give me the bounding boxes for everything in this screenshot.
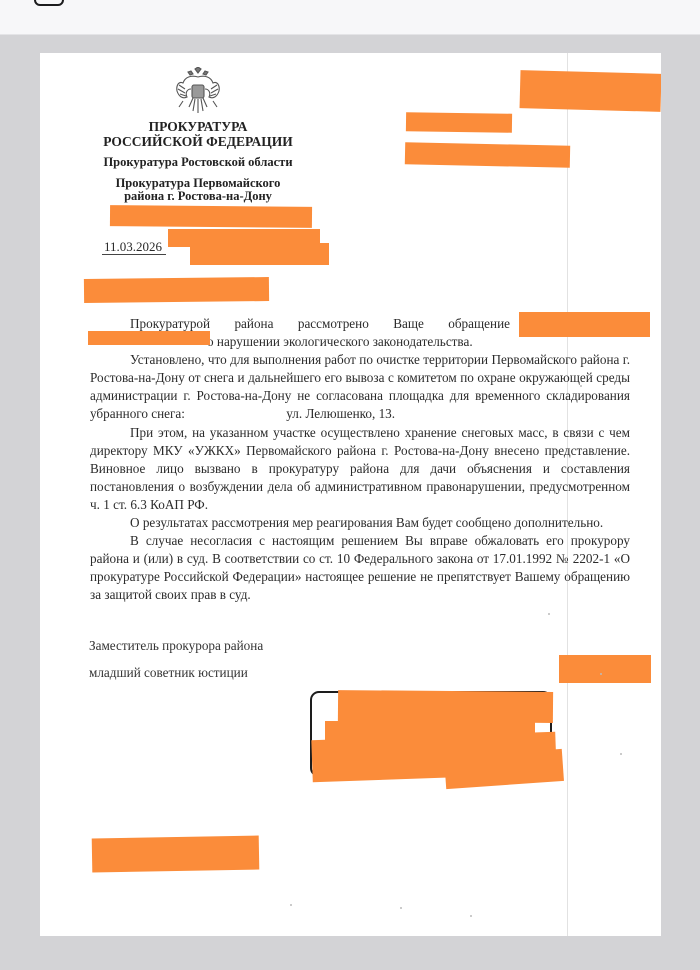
address: ул. Лелюшенко, 13. [286, 406, 395, 421]
paragraph-2: Установлено, что для выполнения работ по… [90, 351, 630, 423]
letter-body: Прокуратурой района рассмотрено Ваще обр… [90, 315, 630, 605]
redaction-block [520, 70, 661, 112]
tab-overview-icon[interactable] [34, 0, 64, 6]
scan-speck [290, 904, 292, 906]
signatory-title-line1: Заместитель прокурора района [89, 638, 263, 654]
paragraph-3: При этом, на указанном участке осуществл… [90, 424, 630, 514]
signatory-title-line2: младший советник юстиции [89, 665, 248, 681]
coat-of-arms-icon [173, 67, 223, 115]
scan-speck [620, 753, 622, 755]
redaction-block [110, 205, 312, 228]
document-date: 11.03.2026 [102, 239, 166, 255]
scan-speck [600, 673, 602, 675]
document-page: ПРОКУРАТУРА РОССИЙСКОЙ ФЕДЕРАЦИИ Прокура… [40, 53, 661, 936]
redaction-block [88, 331, 210, 345]
scan-speck [548, 613, 550, 615]
redaction-block [338, 690, 553, 723]
scan-speck [400, 907, 402, 909]
scan-speck [470, 915, 472, 917]
paragraph-4: О результатах рассмотрения мер реагирова… [90, 514, 630, 532]
redaction-block [92, 836, 260, 873]
redaction-block [406, 112, 512, 132]
header-regional-office: Прокуратура Ростовской области [98, 155, 298, 170]
header-prosecutor-office: ПРОКУРАТУРА [118, 119, 278, 135]
viewer-topbar [0, 0, 700, 35]
redaction-block [559, 655, 651, 683]
header-district-office-line2: района г. Ростова-на-Дону [98, 189, 298, 204]
redaction-block [444, 749, 564, 789]
redaction-block [84, 277, 269, 303]
redaction-block [405, 142, 570, 167]
scan-speck [580, 385, 582, 387]
paragraph-5: В случае несогласия с настоящим решением… [90, 532, 630, 604]
header-russian-federation: РОССИЙСКОЙ ФЕДЕРАЦИИ [98, 134, 298, 150]
redaction-block [190, 243, 329, 265]
redaction-block [519, 312, 650, 337]
